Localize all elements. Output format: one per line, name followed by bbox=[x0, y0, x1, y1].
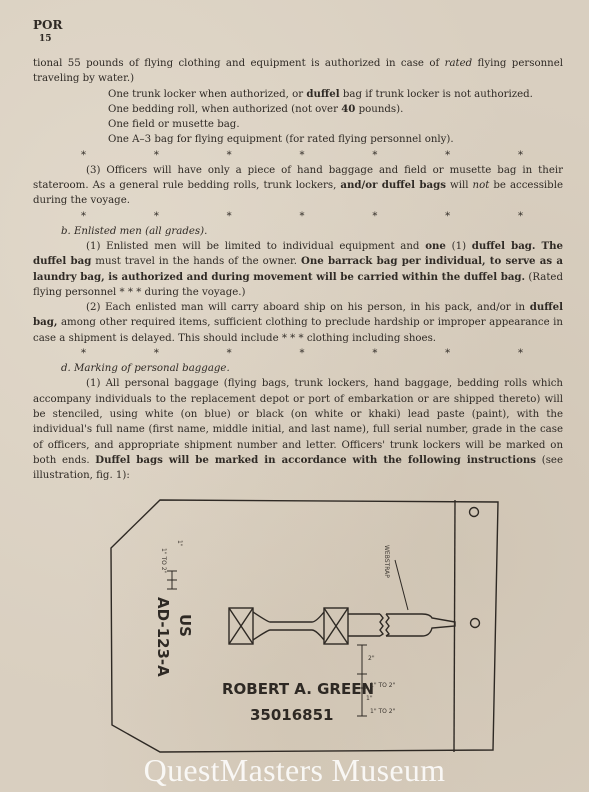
grommet bbox=[470, 508, 479, 517]
paragraph-continuation: tional 55 pounds of flying clothing and … bbox=[33, 56, 563, 87]
us-label: US bbox=[176, 614, 194, 637]
shipment-number: AD-123-A bbox=[154, 597, 172, 677]
webstrap bbox=[348, 614, 380, 636]
ellipsis-stars: ******* bbox=[33, 346, 563, 361]
dim-2in: 2" bbox=[368, 655, 375, 662]
dim-top-gap: 1" bbox=[176, 540, 183, 547]
soldier-name: ROBERT A. GREEN bbox=[222, 680, 374, 698]
dim-name: 1" TO 2" bbox=[370, 682, 396, 689]
baggage-list: One trunk locker when authorized, or duf… bbox=[33, 87, 563, 148]
webstrap-arrow bbox=[395, 560, 408, 610]
webstrap-label: WEBSTRAP bbox=[383, 545, 390, 578]
paragraph-marking-1: (1) All personal baggage (flying bags, t… bbox=[33, 376, 563, 483]
ellipsis-stars: ******* bbox=[33, 209, 563, 224]
paragraph-enlisted-2: (2) Each enlisted man will carry aboard … bbox=[33, 300, 563, 346]
dim-gap: 1" bbox=[366, 695, 373, 702]
page-number: 15 bbox=[39, 32, 62, 46]
subheading-marking: d. Marking of personal baggage. bbox=[33, 361, 563, 376]
page-header: POR 15 bbox=[33, 18, 62, 46]
ellipsis-stars: ******* bbox=[33, 148, 563, 163]
dim-serial: 1" TO 2" bbox=[370, 708, 396, 715]
document-body: tional 55 pounds of flying clothing and … bbox=[33, 56, 563, 483]
subheading-enlisted: b. Enlisted men (all grades). bbox=[33, 224, 563, 239]
serial-number: 35016851 bbox=[250, 706, 334, 724]
list-item: One bedding roll, when authorized (not o… bbox=[108, 102, 563, 117]
grommet bbox=[471, 619, 480, 628]
list-item: One field or musette bag. bbox=[108, 117, 563, 132]
list-item: One trunk locker when authorized, or duf… bbox=[108, 87, 563, 102]
dim-top-label: 1" TO 2" bbox=[160, 548, 167, 574]
paragraph-officers: (3) Officers will have only a piece of h… bbox=[33, 163, 563, 209]
list-item: One A–3 bag for flying equipment (for ra… bbox=[108, 132, 563, 147]
section-label: POR bbox=[33, 18, 62, 32]
handle-strap bbox=[253, 612, 324, 640]
watermark: QuestMasters Museum bbox=[0, 752, 589, 789]
paragraph-enlisted-1: (1) Enlisted men will be limited to indi… bbox=[33, 239, 563, 300]
